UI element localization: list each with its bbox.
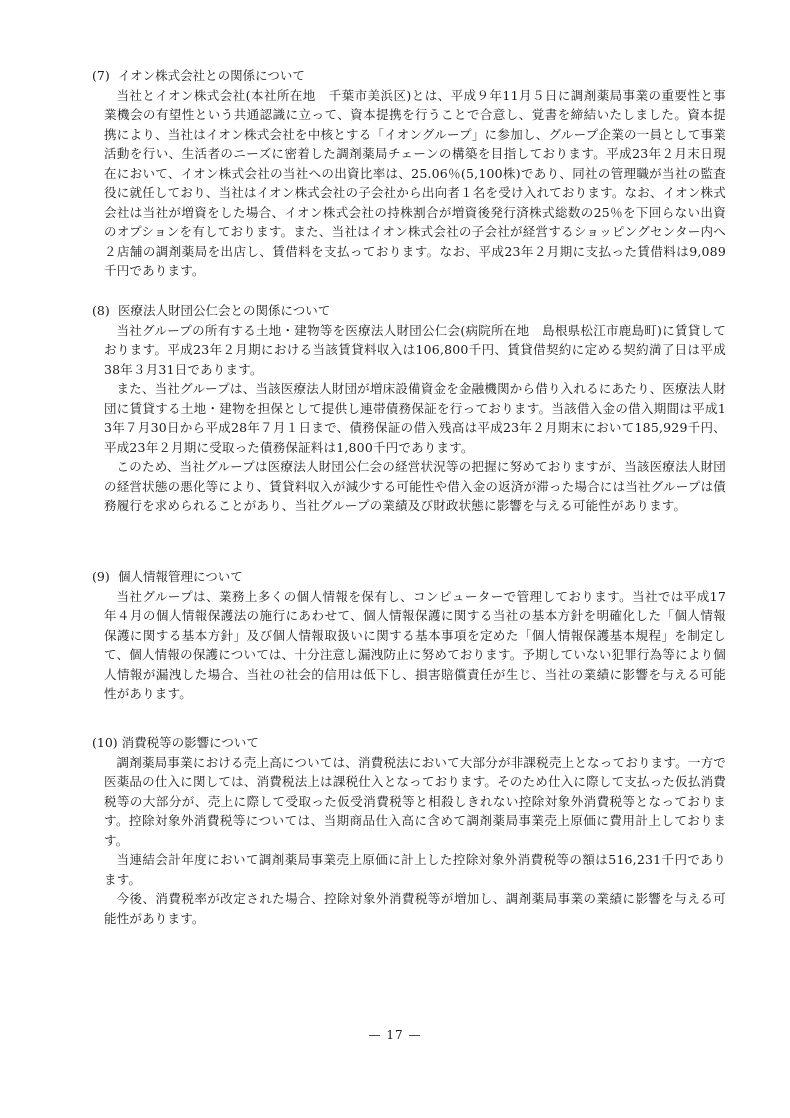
section-number: (9) <box>92 567 114 587</box>
section-kojinkai-relationship: (8) 医療法人財団公仁会との関係について 当社グループの所有する土地・建物等を… <box>92 301 726 516</box>
paragraph: 今後、消費税率が改定された場合、控除対象外消費税等が増加し、調剤薬局事業の業績に… <box>104 889 726 928</box>
section-number: (7) <box>92 66 114 86</box>
section-heading: (8) 医療法人財団公仁会との関係について <box>92 301 726 321</box>
section-title: 個人情報管理について <box>118 569 243 584</box>
paragraph: 当社グループの所有する土地・建物等を医療法人財団公仁会(病院所在地 島根県松江市… <box>104 321 726 380</box>
paragraph: また、当社グループは、当該医療法人財団が増床設備資金を金融機関から借り入れるにあ… <box>104 379 726 457</box>
section-number: (10) <box>92 733 118 753</box>
section-heading: (9) 個人情報管理について <box>92 567 726 587</box>
page-number: — 17 — <box>0 1028 790 1042</box>
section-title: 消費税等の影響について <box>122 735 259 750</box>
paragraph: 調剤薬局事業における売上高については、消費税法において大部分が非課税売上となって… <box>104 753 726 851</box>
paragraph: このため、当社グループは医療法人財団公仁会の経営状況等の把握に努めておりますが、… <box>104 457 726 516</box>
section-aeon-relationship: (7) イオン株式会社との関係について 当社とイオン株式会社(本社所在地 千葉市… <box>92 66 726 281</box>
paragraph: 当社グループは、業務上多くの個人情報を保有し、コンピューターで管理しております。… <box>104 587 726 704</box>
section-title: 医療法人財団公仁会との関係について <box>118 303 330 318</box>
document-page: (7) イオン株式会社との関係について 当社とイオン株式会社(本社所在地 千葉市… <box>0 0 790 1118</box>
section-personal-information: (9) 個人情報管理について 当社グループは、業務上多くの個人情報を保有し、コン… <box>92 567 726 704</box>
section-heading: (10) 消費税等の影響について <box>92 733 726 753</box>
section-number: (8) <box>92 301 114 321</box>
paragraph: 当連結会計年度において調剤薬局事業売上原価に計上した控除対象外消費税等の額は51… <box>104 850 726 889</box>
section-heading: (7) イオン株式会社との関係について <box>92 66 726 86</box>
paragraph: 当社とイオン株式会社(本社所在地 千葉市美浜区)とは、平成９年11月５日に調剤薬… <box>104 86 726 281</box>
section-consumption-tax: (10) 消費税等の影響について 調剤薬局事業における売上高については、消費税法… <box>92 733 726 928</box>
section-title: イオン株式会社との関係について <box>118 68 305 83</box>
